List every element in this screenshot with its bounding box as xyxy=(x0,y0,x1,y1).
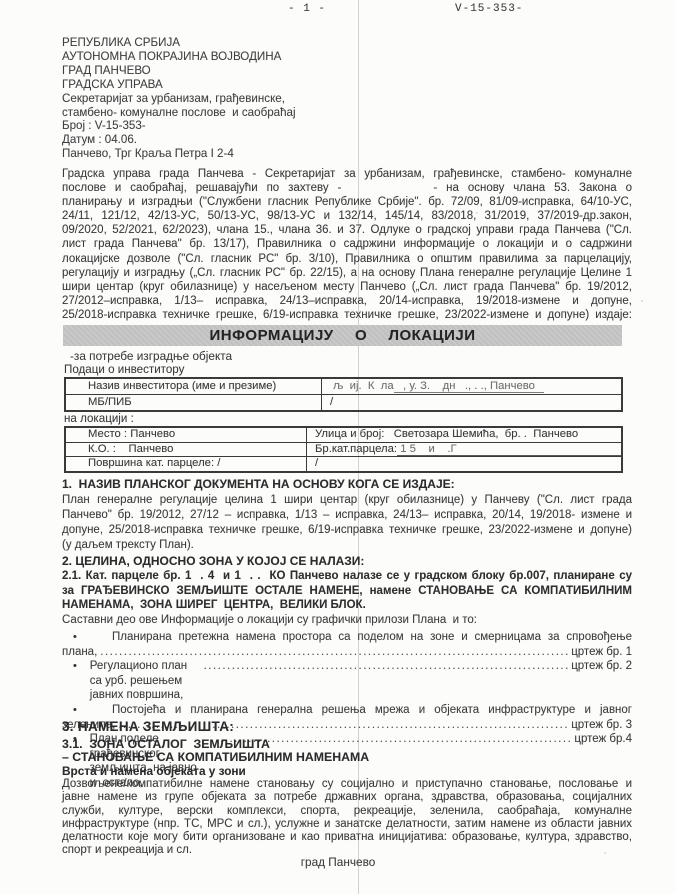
letterhead-address: Панчево, Трг Краља Петра I 2-4 xyxy=(62,147,392,161)
intro-line: шири центар (круг обилазнице) у насељено… xyxy=(62,280,632,294)
letterhead-line-city: ГРАД ПАНЧЕВО xyxy=(62,64,392,78)
section-3-line: инфраструктуре (нпр. ТС, МРС и сл.), усл… xyxy=(62,818,632,831)
dotted-leader: ........................................… xyxy=(100,645,568,660)
location-parcel-area: Површина кат. парцеле: / xyxy=(66,457,307,471)
document-page: - 1 - V-15-353- РЕПУБЛИКА СРБИЈА АУТОНОМ… xyxy=(0,0,676,894)
section-3-heading: 3. НАМЕНА ЗЕМЉИШТА: xyxy=(62,719,234,734)
section-3-line: делатности које могу бити организоване и… xyxy=(62,831,632,844)
location-cadastral-municipality: К.О. : Панчево xyxy=(66,443,307,457)
redacted-name-fragment-underlined: , у. З. дн ., . ., Панчево xyxy=(394,380,545,393)
section-2-line: НАМЕНАМА, ЗОНА ШИРЕГ ЦЕНТРА, ВЕЛИКИ БЛОК… xyxy=(62,598,632,613)
intro-line: 25/2018-исправка техничке грешке, 6/19-и… xyxy=(62,308,632,322)
document-subtitle: -за потребе изградње објекта xyxy=(70,349,232,363)
footer-city-name: град Панчево xyxy=(0,855,676,869)
intro-line: локацијске дозволе ("Сл. гласник РС" бр.… xyxy=(62,252,632,266)
letterhead: РЕПУБЛИКА СРБИЈА АУТОНОМНА ПОКРАЈИНА ВОЈ… xyxy=(62,36,392,161)
section-2-line: 2.1. Кат. парцеле бр. 1 . 4 и 1 . . КО П… xyxy=(62,569,632,584)
section-1-heading: 1. НАЗИВ ПЛАНСКОГ ДОКУМЕНТА НА ОСНОВУ КО… xyxy=(62,477,455,491)
section-3-line: служби, културе, верски комплекси, спорт… xyxy=(62,805,632,818)
intro-line: регулацију и изградњу („Сл. гласник РС" … xyxy=(62,266,632,280)
table-row: К.О. : Панчево Бр.кат.парцела: 1 5 и .Г xyxy=(66,442,621,457)
drawing-reference: цртеж бр.4 xyxy=(574,732,632,747)
investor-name-label: Назив инвеститора (име и презиме) xyxy=(66,379,322,394)
drawing-reference: цртеж бр. 3 xyxy=(571,718,632,733)
letterhead-line-republic: РЕПУБЛИКА СРБИЈА xyxy=(62,36,392,50)
dotted-leader: ........................................… xyxy=(204,659,569,674)
list-item: •Планирана претежна намена простора са п… xyxy=(62,630,632,645)
section-3-zone-heading: – СТАНОВАЊЕ СА КОМПАТИБИЛНИМ НАМЕНАМА xyxy=(62,750,369,764)
page-number: - 1 - xyxy=(288,3,326,15)
parcel-number-label: Бр.кат.парцела: xyxy=(315,443,397,455)
intro-line: 09/2020, 52/2021, 62/2023), члана 15., ч… xyxy=(62,223,632,237)
redacted-parcel-number: 1 5 и .Г xyxy=(397,443,460,455)
bullet-icon: • xyxy=(62,630,76,645)
location-parcel-area-value: / xyxy=(307,457,621,471)
attachment-text: Регулационо план са урб. решењем јавних … xyxy=(90,659,201,703)
location-table-label: на локацији : xyxy=(64,412,134,425)
intro-line: 24/11, 121/12, 42/13-УС, 50/13-УС, 98/13… xyxy=(62,209,632,223)
location-parcel-number: Бр.кат.парцела: 1 5 и .Г xyxy=(307,443,621,457)
drawing-reference: цртеж бр. 2 xyxy=(571,659,632,674)
section-2-line: за ГРАЂЕВИНСКО ЗЕМЉИШТЕ ОСТАЛЕ НАМЕНЕ, н… xyxy=(62,584,632,599)
investor-id-label: МБ/ПИБ xyxy=(66,395,322,410)
document-reference-number: V-15-353- xyxy=(455,3,523,15)
intro-line: 27/2012–исправка, 1/13– исправка, 24/13–… xyxy=(62,294,632,308)
letterhead-case-number: Број : V-15-353- xyxy=(62,119,392,133)
letterhead-line-secretariat-1: Секретаријат за урбанизам, грађевинске, xyxy=(62,92,392,106)
intro-line: планирању и изградњи ("Службени гласник … xyxy=(62,195,632,209)
letterhead-line-secretariat-2: стамбено- комуналне послове и саобраћај xyxy=(62,106,392,120)
table-row: Место : Панчево Улица и број: Светозара … xyxy=(66,428,621,442)
bullet-icon: • xyxy=(62,659,76,674)
section-2-body: 2.1. Кат. парцеле бр. 1 . 4 и 1 . . КО П… xyxy=(62,569,632,613)
section-3-1-heading: 3.1. ЗОНА ОСТАЛОГ ЗЕМЉИШТА xyxy=(62,737,270,751)
investor-name-value: љ иј. К ла , у. З. дн ., . ., Панчево xyxy=(322,379,621,394)
section-1-line: (у даљем трексту План). xyxy=(62,538,632,553)
investor-table: Назив инвеститора (име и презиме) љ иј. … xyxy=(64,377,623,412)
section-1-line: допуне, 25/2018-исправка техничке грешке… xyxy=(62,523,632,538)
section-2-heading: 2. ЦЕЛИНА, ОДНОСНО ЗОНА У КОЈОЈ СЕ НАЛАЗ… xyxy=(62,554,364,568)
section-3-subheading: Врста и намена објеката у зони xyxy=(62,764,246,778)
document-title: ИНФОРМАЦИЈУ О ЛОКАЦИЈИ xyxy=(209,327,475,344)
table-row: Назив инвеститора (име и презиме) љ иј. … xyxy=(66,379,621,394)
attachments-intro: Саставни део ове Информације о локацији … xyxy=(62,614,477,626)
section-1-line: Панчево" бр. 19/2012, 27/12 – исправка, … xyxy=(62,508,632,523)
drawing-reference: цртеж бр. 1 xyxy=(571,645,632,660)
list-item: •Регулационо план са урб. решењем јавних… xyxy=(62,659,632,703)
redacted-applicant-name xyxy=(341,190,433,191)
list-item: •Постојећа и планирана генерална решења … xyxy=(62,703,632,718)
intro-line: лист града Панчева" бр. 13/17), Правилни… xyxy=(62,237,632,251)
scan-speck xyxy=(641,300,643,302)
attachment-text: плана, xyxy=(62,645,97,660)
section-3-line: Дозвољене/компатибилне намене становању … xyxy=(62,778,632,791)
intro-text-after-redaction: - на основу члана 53. Закона о xyxy=(433,182,632,194)
intro-line: Градска управа града Панчева - Секретари… xyxy=(62,167,632,181)
intro-line-with-redaction: послове и саобраћај, решавајући по захте… xyxy=(62,181,632,195)
location-street: Улица и број: Светозара Шемића, бр. . Па… xyxy=(307,428,621,442)
section-3-line: јавне намене из групе објеката за потреб… xyxy=(62,791,632,804)
table-row: МБ/ПИБ / xyxy=(66,394,621,410)
document-title-bar: ИНФОРМАЦИЈУ О ЛОКАЦИЈИ xyxy=(63,325,622,346)
letterhead-line-province: АУТОНОМНА ПОКРАЈИНА ВОЈВОДИНА xyxy=(62,50,392,64)
investor-id-value: / xyxy=(322,395,621,410)
intro-paragraph: Градска управа града Панчева - Секретари… xyxy=(62,167,632,322)
section-1-line: План генералне регулације целина 1 шири … xyxy=(62,493,632,508)
redacted-name-fragment: љ иј. К ла xyxy=(330,380,394,392)
table-row: Површина кат. парцеле: / / xyxy=(66,456,621,471)
attachment-text: Постојећа и планирана генерална решења м… xyxy=(112,704,632,716)
letterhead-date: Датум : 04.06. xyxy=(62,133,392,147)
location-table: Место : Панчево Улица и број: Светозара … xyxy=(64,426,623,473)
section-3-body: Дозвољене/компатибилне намене становању … xyxy=(62,778,632,858)
list-item-continuation: плана,..................................… xyxy=(62,645,632,660)
letterhead-line-administration: ГРАДСКА УПРАВА xyxy=(62,78,392,92)
intro-text-before-redaction: послове и саобраћај, решавајући по захте… xyxy=(62,182,341,194)
bullet-icon: • xyxy=(62,703,76,718)
attachment-text: Планирана претежна намена простора са по… xyxy=(112,631,632,643)
section-1-body: План генералне регулације целина 1 шири … xyxy=(62,493,632,553)
investor-table-label: Подаци о инвеститору xyxy=(64,363,184,376)
location-place: Место : Панчево xyxy=(66,428,307,442)
